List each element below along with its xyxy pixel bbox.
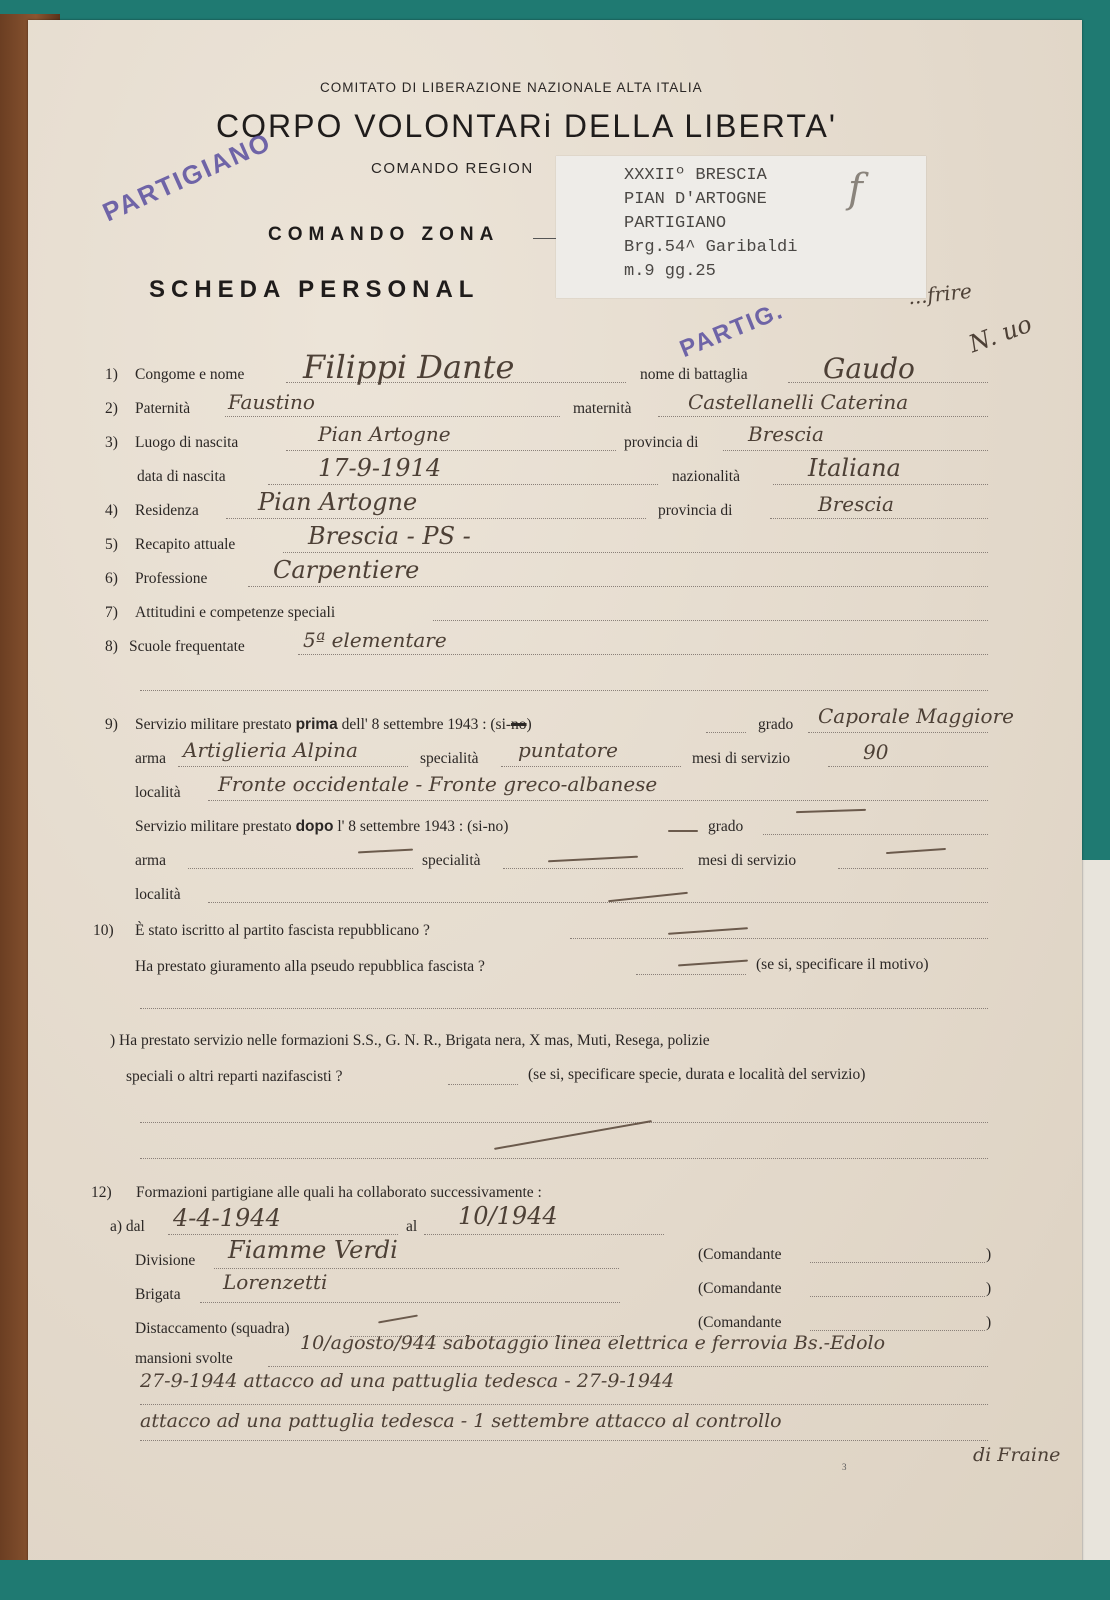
field-6-label: 6)Professione <box>105 570 207 588</box>
field-12-dist-cmd-close: ) <box>986 1314 991 1332</box>
field-9-mesi-line <box>828 766 988 767</box>
field-12-dist-dash <box>378 1315 418 1324</box>
field-11-extra-line-2 <box>140 1158 988 1159</box>
field-9-loc-value: Fronte occidentale - Fronte greco-albane… <box>218 772 657 796</box>
field-12-dist-cmd: (Comandante <box>698 1314 782 1332</box>
field-9b-grado-label: grado <box>708 818 743 836</box>
field-12-brig-line <box>200 1302 620 1303</box>
field-9b-dash <box>668 830 698 832</box>
field-2-label: 2)Paternità <box>105 400 190 418</box>
form-title: SCHEDA PERSONAL <box>149 276 479 304</box>
field-9b-grado-dash <box>796 809 866 813</box>
typed-archive-label: XXXIIº BRESCIA PIAN D'ARTOGNE PARTIGIANO… <box>556 156 926 298</box>
field-12-al-value: 10/1944 <box>458 1202 558 1230</box>
field-9b-label: Servizio militare prestato dopo l' 8 set… <box>135 818 508 836</box>
field-9-grado-value: Caporale Maggiore <box>818 704 1014 728</box>
field-9-grado-line <box>808 732 988 733</box>
field-11-q1: ) Ha prestato servizio nelle formazioni … <box>110 1032 710 1050</box>
field-1-label: 1)Congome e nome <box>105 366 244 384</box>
field-12-dist-cmd-line <box>810 1330 985 1331</box>
field-12-al-line <box>424 1234 664 1235</box>
corps-title: CORPO VOLONTARi DELLA LIBERTA' <box>216 108 837 145</box>
field-9-spec-value: puntatore <box>518 738 618 762</box>
field-9-arma-line <box>178 766 408 767</box>
field-9b-arma-label: arma <box>135 852 166 870</box>
field-3-label: 3)Luogo di nascita <box>105 434 238 452</box>
field-2-line <box>225 416 560 417</box>
field-12-div-line <box>214 1268 619 1269</box>
field-9-label: 9)Servizio militare prestato prima dell'… <box>105 716 532 734</box>
field-3-value: Pian Artogne <box>318 422 451 446</box>
field-3-value2: Brescia <box>748 422 824 446</box>
label-line-5: m.9 gg.25 <box>624 260 797 284</box>
field-3-line <box>286 450 616 451</box>
field-12-brig-cmd: (Comandante <box>698 1280 782 1298</box>
field-5-line <box>283 552 988 553</box>
field-1-value: Filippi Dante <box>303 348 514 386</box>
page-mark: 3 <box>842 1462 847 1472</box>
regional-command-heading: COMANDO REGION <box>371 160 534 177</box>
field-11-q2: speciali o altri reparti nazifascisti ? <box>126 1068 342 1086</box>
field-12-mansioni-value-1: 10/agosto/944 sabotaggio linea elettrica… <box>300 1332 885 1354</box>
field-12-brig-cmd-close: ) <box>986 1280 991 1298</box>
personal-record-sheet: COMITATO DI LIBERAZIONE NAZIONALE ALTA I… <box>28 20 1082 1570</box>
field-12-dist-label: Distaccamento (squadra) <box>135 1320 290 1338</box>
field-9-spec-line <box>501 766 681 767</box>
field-11-dash <box>494 1120 652 1150</box>
field-9-loc-label: località <box>135 784 181 802</box>
field-12-dal-line <box>168 1234 398 1235</box>
field-8-value: 5ª elementare <box>303 628 447 652</box>
margin-note-2: N. uo <box>965 310 1035 358</box>
field-11-q2-line <box>448 1084 518 1085</box>
field-9b-arma-line <box>188 868 413 869</box>
nationality-line <box>773 484 988 485</box>
field-8-line <box>298 654 988 655</box>
field-9-spec-label: specialità <box>420 750 479 768</box>
field-9-si-line <box>706 732 746 733</box>
field-9b-loc-line <box>208 902 988 903</box>
field-9b-arma-dash <box>358 849 413 854</box>
field-12-mansioni-value-3: attacco ad una pattuglia tedesca - 1 set… <box>140 1410 782 1432</box>
field-7-label: 7)Attitudini e competenze speciali <box>105 604 335 622</box>
field-9-mesi-value: 90 <box>863 740 888 764</box>
field-4-line2 <box>770 518 988 519</box>
field-12-mansioni-line-1 <box>268 1366 988 1367</box>
field-9-grado-label: grado <box>758 716 793 734</box>
field-4-value: Pian Artogne <box>258 488 417 516</box>
field-4-label: 4)Residenza <box>105 502 199 520</box>
field-6-value: Carpentiere <box>273 556 419 584</box>
field-5-label: 5)Recapito attuale <box>105 536 235 554</box>
zone-command-underline <box>533 238 557 239</box>
field-9b-loc-label: località <box>135 886 181 904</box>
field-12-div-cmd-close: ) <box>986 1246 991 1264</box>
field-9b-mesi-dash <box>886 848 946 854</box>
field-10-q2-dash <box>678 960 748 967</box>
field-1-value2: Gaudo <box>823 352 915 385</box>
field-9-arma-label: arma <box>135 750 166 768</box>
field-8-extra-line <box>140 690 988 691</box>
field-9b-spec-line <box>503 868 683 869</box>
field-12-mansioni-line-2 <box>140 1404 988 1405</box>
field-12-mansioni-label: mansioni svolte <box>135 1350 233 1368</box>
field-6-line <box>248 586 988 587</box>
field-12-mansioni-value-4: di Fraine <box>973 1444 1060 1466</box>
field-4-label2: provincia di <box>658 502 732 520</box>
partigiano-stamp: PARTIGIANO <box>98 126 276 228</box>
field-2-value2: Castellanelli Caterina <box>688 390 908 414</box>
birth-date-label: data di nascita <box>137 468 226 486</box>
field-10-q2-note: (se si, specificare il motivo) <box>756 956 929 974</box>
partigiano-stamp-faded: PARTIG. <box>676 297 788 364</box>
label-line-4: Brg.54^ Garibaldi <box>624 236 797 260</box>
field-12-mansioni-line-3 <box>140 1440 988 1441</box>
field-11-extra-line-1 <box>140 1122 988 1123</box>
field-12-div-cmd: (Comandante <box>698 1246 782 1264</box>
label-line-1: XXXIIº BRESCIA <box>624 164 797 188</box>
field-9b-loc-dash <box>608 892 688 902</box>
zone-command-heading: COMANDO ZONA <box>268 224 499 246</box>
field-12-mansioni-value-2: 27-9-1944 attacco ad una pattuglia tedes… <box>140 1370 674 1392</box>
label-line-3: PARTIGIANO <box>624 212 797 236</box>
field-12-div-value: Fiamme Verdi <box>228 1236 398 1264</box>
field-10-q2-line <box>636 974 746 975</box>
birth-date-value: 17-9-1914 <box>318 454 441 482</box>
field-9b-spec-dash <box>548 856 638 863</box>
field-2-label2: maternità <box>573 400 632 418</box>
field-12-div-label: Divisione <box>135 1252 195 1270</box>
nationality-value: Italiana <box>808 454 901 482</box>
label-line-2: PIAN D'ARTOGNE <box>624 188 797 212</box>
margin-note-1: ...frire <box>907 279 973 310</box>
field-9b-mesi-label: mesi di servizio <box>698 852 796 870</box>
committee-heading: COMITATO DI LIBERAZIONE NAZIONALE ALTA I… <box>320 80 703 95</box>
field-12-brig-cmd-line <box>810 1296 985 1297</box>
field-12-div-cmd-line <box>810 1262 985 1263</box>
field-3-label2: provincia di <box>624 434 698 452</box>
field-5-value: Brescia - PS - <box>308 522 471 550</box>
field-2-line2 <box>658 416 988 417</box>
field-10-q1-line <box>570 938 988 939</box>
nationality-label: nazionalità <box>672 468 740 486</box>
field-9b-grado-line <box>763 834 988 835</box>
background-sheet <box>1080 860 1110 1600</box>
field-9-arma-value: Artiglieria Alpina <box>183 738 358 762</box>
birth-date-line <box>268 484 658 485</box>
field-12-al-label: al <box>406 1218 417 1236</box>
field-1-label2: nome di battaglia <box>640 366 748 384</box>
field-7-line <box>433 620 988 621</box>
background-bottom <box>0 1560 1110 1600</box>
field-12-dal-value: 4-4-1944 <box>173 1204 281 1232</box>
field-4-value2: Brescia <box>818 492 894 516</box>
field-8-label: 8)Scuole frequentate <box>105 638 245 656</box>
field-10-q2: Ha prestato giuramento alla pseudo repub… <box>135 958 485 976</box>
field-12-brig-value: Lorenzetti <box>223 1270 327 1294</box>
field-11-q2-note: (se si, specificare specie, durata e loc… <box>528 1066 865 1084</box>
field-9b-spec-label: specialità <box>422 852 481 870</box>
field-12-title: 12)Formazioni partigiane alle quali ha c… <box>91 1184 542 1202</box>
field-4-line <box>226 518 646 519</box>
field-10-extra-line <box>140 1008 988 1009</box>
field-9-mesi-label: mesi di servizio <box>692 750 790 768</box>
field-10-q1-dash <box>668 927 748 935</box>
field-9-loc-line <box>208 800 988 801</box>
field-9b-mesi-line <box>838 868 988 869</box>
field-12-brig-label: Brigata <box>135 1286 181 1304</box>
field-10-q1: 10)È stato iscritto al partito fascista … <box>93 922 430 940</box>
field-12-dal-label: a) dal <box>110 1218 145 1236</box>
field-2-value: Faustino <box>228 390 315 414</box>
field-3-line2 <box>723 450 988 451</box>
pencil-mark: f <box>848 166 863 212</box>
